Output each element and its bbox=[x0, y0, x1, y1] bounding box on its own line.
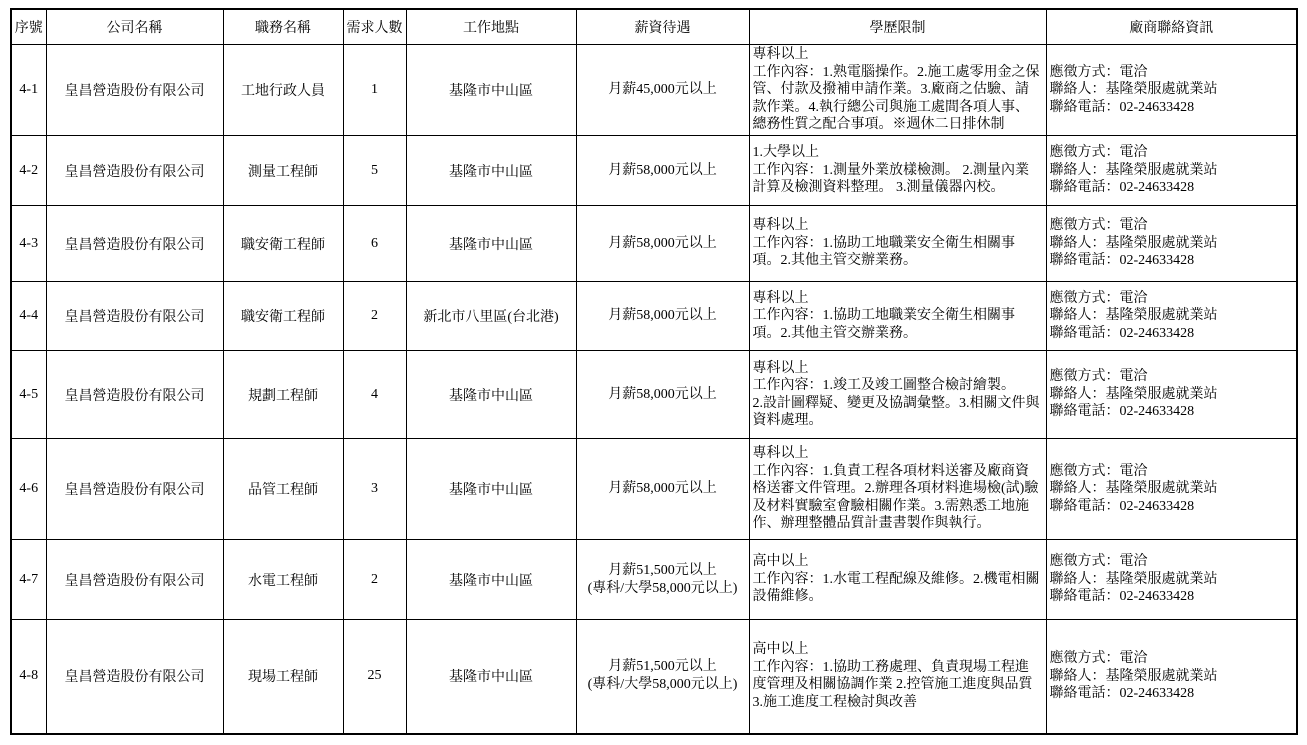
cell-job-title: 職安衛工程師 bbox=[223, 282, 343, 351]
cell-headcount: 1 bbox=[343, 45, 406, 136]
cell-serial: 4-6 bbox=[11, 439, 46, 540]
cell-contact: 應徵方式：電洽 聯絡人：基隆榮服處就業站 聯絡電話：02-24633428 bbox=[1046, 136, 1297, 206]
table-row: 4-7 皇昌營造股份有限公司 水電工程師 2 基隆市中山區 月薪51,500元以… bbox=[11, 540, 1297, 620]
cell-education: 專科以上 工作內容：1.竣工及竣工圖整合檢討繪製。 2.設計圖釋疑、變更及協調彙… bbox=[749, 351, 1046, 439]
header-company: 公司名稱 bbox=[46, 9, 223, 45]
cell-company: 皇昌營造股份有限公司 bbox=[46, 439, 223, 540]
cell-salary: 月薪58,000元以上 bbox=[576, 282, 749, 351]
cell-location: 基隆市中山區 bbox=[406, 351, 576, 439]
cell-salary: 月薪58,000元以上 bbox=[576, 439, 749, 540]
cell-education: 專科以上 工作內容：1.協助工地職業安全衛生相關事項。2.其他主管交辦業務。 bbox=[749, 206, 1046, 282]
header-contact: 廠商聯絡資訊 bbox=[1046, 9, 1297, 45]
cell-salary: 月薪45,000元以上 bbox=[576, 45, 749, 136]
cell-job-title: 工地行政人員 bbox=[223, 45, 343, 136]
header-job-title: 職務名稱 bbox=[223, 9, 343, 45]
cell-location: 基隆市中山區 bbox=[406, 206, 576, 282]
cell-serial: 4-7 bbox=[11, 540, 46, 620]
cell-headcount: 4 bbox=[343, 351, 406, 439]
cell-job-title: 規劃工程師 bbox=[223, 351, 343, 439]
cell-location: 新北市八里區(台北港) bbox=[406, 282, 576, 351]
cell-job-title: 水電工程師 bbox=[223, 540, 343, 620]
document-page: 序號 公司名稱 職務名稱 需求人數 工作地點 薪資待遇 學歷限制 廠商聯絡資訊 … bbox=[0, 0, 1307, 745]
cell-company: 皇昌營造股份有限公司 bbox=[46, 206, 223, 282]
cell-serial: 4-5 bbox=[11, 351, 46, 439]
cell-contact: 應徵方式：電洽 聯絡人：基隆榮服處就業站 聯絡電話：02-24633428 bbox=[1046, 45, 1297, 136]
cell-location: 基隆市中山區 bbox=[406, 439, 576, 540]
cell-headcount: 2 bbox=[343, 540, 406, 620]
cell-job-title: 品管工程師 bbox=[223, 439, 343, 540]
cell-education: 高中以上 工作內容：1.協助工務處理、負責現場工程進度管理及相關協調作業 2.控… bbox=[749, 620, 1046, 734]
cell-contact: 應徵方式：電洽 聯絡人：基隆榮服處就業站 聯絡電話：02-24633428 bbox=[1046, 282, 1297, 351]
cell-contact: 應徵方式：電洽 聯絡人：基隆榮服處就業站 聯絡電話：02-24633428 bbox=[1046, 439, 1297, 540]
table-row: 4-3 皇昌營造股份有限公司 職安衛工程師 6 基隆市中山區 月薪58,000元… bbox=[11, 206, 1297, 282]
cell-contact: 應徵方式：電洽 聯絡人：基隆榮服處就業站 聯絡電話：02-24633428 bbox=[1046, 206, 1297, 282]
table-row: 4-5 皇昌營造股份有限公司 規劃工程師 4 基隆市中山區 月薪58,000元以… bbox=[11, 351, 1297, 439]
cell-location: 基隆市中山區 bbox=[406, 45, 576, 136]
cell-job-title: 測量工程師 bbox=[223, 136, 343, 206]
cell-education: 高中以上 工作內容：1.水電工程配線及維修。2.機電相關設備維修。 bbox=[749, 540, 1046, 620]
cell-headcount: 6 bbox=[343, 206, 406, 282]
cell-serial: 4-1 bbox=[11, 45, 46, 136]
cell-salary: 月薪58,000元以上 bbox=[576, 136, 749, 206]
header-serial: 序號 bbox=[11, 9, 46, 45]
cell-job-title: 職安衛工程師 bbox=[223, 206, 343, 282]
jobs-table: 序號 公司名稱 職務名稱 需求人數 工作地點 薪資待遇 學歷限制 廠商聯絡資訊 … bbox=[10, 8, 1298, 735]
table-row: 4-6 皇昌營造股份有限公司 品管工程師 3 基隆市中山區 月薪58,000元以… bbox=[11, 439, 1297, 540]
header-headcount: 需求人數 bbox=[343, 9, 406, 45]
header-salary: 薪資待遇 bbox=[576, 9, 749, 45]
cell-company: 皇昌營造股份有限公司 bbox=[46, 282, 223, 351]
header-location: 工作地點 bbox=[406, 9, 576, 45]
table-row: 4-8 皇昌營造股份有限公司 現場工程師 25 基隆市中山區 月薪51,500元… bbox=[11, 620, 1297, 734]
cell-education: 專科以上 工作內容：1.熟電腦操作。2.施工處零用金之保管、付款及撥補申請作業。… bbox=[749, 45, 1046, 136]
cell-education: 專科以上 工作內容：1.負責工程各項材料送審及廠商資格送審文件管理。2.辦理各項… bbox=[749, 439, 1046, 540]
table-row: 4-2 皇昌營造股份有限公司 測量工程師 5 基隆市中山區 月薪58,000元以… bbox=[11, 136, 1297, 206]
cell-company: 皇昌營造股份有限公司 bbox=[46, 540, 223, 620]
cell-serial: 4-4 bbox=[11, 282, 46, 351]
cell-company: 皇昌營造股份有限公司 bbox=[46, 45, 223, 136]
cell-headcount: 2 bbox=[343, 282, 406, 351]
cell-location: 基隆市中山區 bbox=[406, 136, 576, 206]
cell-headcount: 5 bbox=[343, 136, 406, 206]
table-row: 4-4 皇昌營造股份有限公司 職安衛工程師 2 新北市八里區(台北港) 月薪58… bbox=[11, 282, 1297, 351]
cell-salary: 月薪58,000元以上 bbox=[576, 351, 749, 439]
cell-salary: 月薪51,500元以上 (專科/大學58,000元以上) bbox=[576, 540, 749, 620]
cell-company: 皇昌營造股份有限公司 bbox=[46, 351, 223, 439]
table-row: 4-1 皇昌營造股份有限公司 工地行政人員 1 基隆市中山區 月薪45,000元… bbox=[11, 45, 1297, 136]
cell-company: 皇昌營造股份有限公司 bbox=[46, 136, 223, 206]
cell-job-title: 現場工程師 bbox=[223, 620, 343, 734]
cell-salary: 月薪58,000元以上 bbox=[576, 206, 749, 282]
cell-headcount: 3 bbox=[343, 439, 406, 540]
cell-company: 皇昌營造股份有限公司 bbox=[46, 620, 223, 734]
cell-serial: 4-2 bbox=[11, 136, 46, 206]
cell-serial: 4-8 bbox=[11, 620, 46, 734]
cell-serial: 4-3 bbox=[11, 206, 46, 282]
cell-contact: 應徵方式：電洽 聯絡人：基隆榮服處就業站 聯絡電話：02-24633428 bbox=[1046, 351, 1297, 439]
cell-contact: 應徵方式：電洽 聯絡人：基隆榮服處就業站 聯絡電話：02-24633428 bbox=[1046, 620, 1297, 734]
cell-location: 基隆市中山區 bbox=[406, 620, 576, 734]
cell-salary: 月薪51,500元以上 (專科/大學58,000元以上) bbox=[576, 620, 749, 734]
cell-location: 基隆市中山區 bbox=[406, 540, 576, 620]
cell-contact: 應徵方式：電洽 聯絡人：基隆榮服處就業站 聯絡電話：02-24633428 bbox=[1046, 540, 1297, 620]
header-education: 學歷限制 bbox=[749, 9, 1046, 45]
cell-headcount: 25 bbox=[343, 620, 406, 734]
header-row: 序號 公司名稱 職務名稱 需求人數 工作地點 薪資待遇 學歷限制 廠商聯絡資訊 bbox=[11, 9, 1297, 45]
cell-education: 專科以上 工作內容：1.協助工地職業安全衛生相關事項。2.其他主管交辦業務。 bbox=[749, 282, 1046, 351]
cell-education: 1.大學以上 工作內容：1.測量外業放樣檢測。 2.測量內業計算及檢測資料整理。… bbox=[749, 136, 1046, 206]
